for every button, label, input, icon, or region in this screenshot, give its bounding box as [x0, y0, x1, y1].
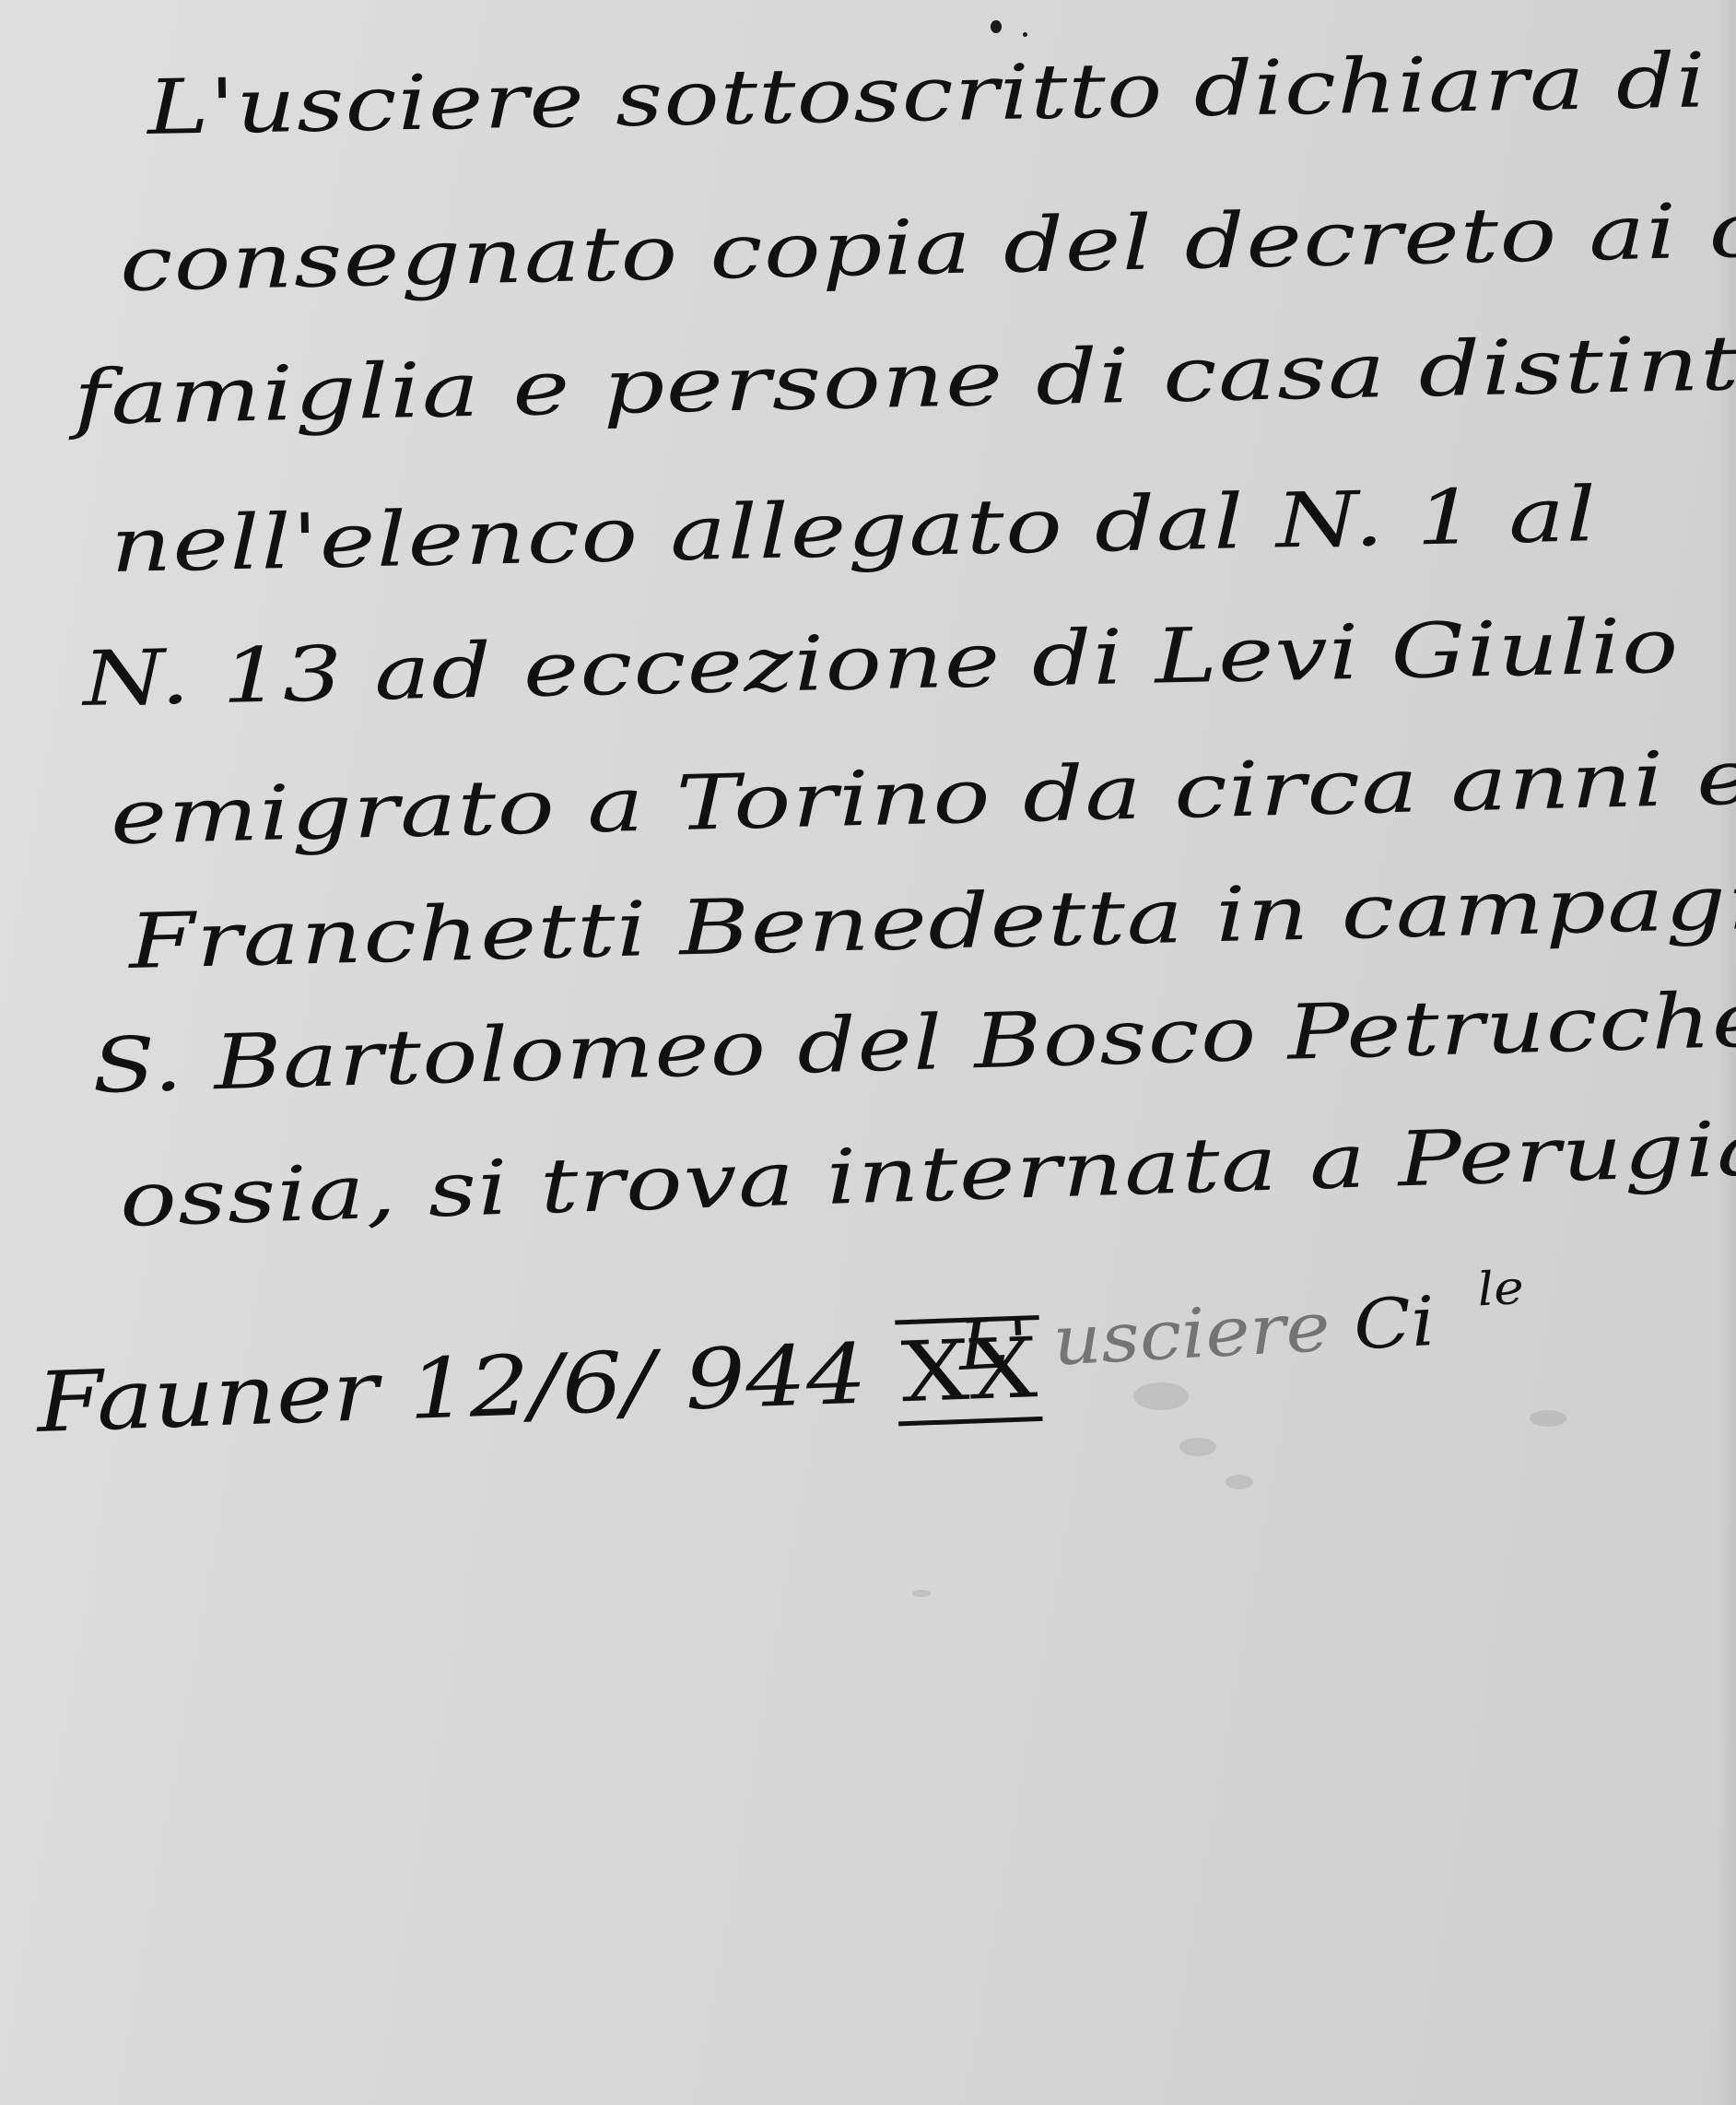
ink-blot	[991, 20, 1002, 33]
ink-smudge	[1530, 1410, 1566, 1427]
date-value: 12/6/	[406, 1334, 656, 1439]
text-line-6: emigrato a Torino da circa anni e	[110, 734, 1736, 862]
text-line-1: L'usciere sottoscritto dichiara di avere	[147, 32, 1736, 152]
signature-name: usciere	[1050, 1288, 1331, 1382]
signature-superscript: le	[1476, 1261, 1525, 1317]
text-line-7: Franchetti Benedetta in campagna a	[128, 854, 1736, 986]
signature: L' usciere Ci le	[956, 1261, 1527, 1386]
text-line-3: famiglia e persone di casa distinte	[73, 319, 1736, 442]
document-page: L'usciere sottoscritto dichiara di avere…	[0, 0, 1736, 2105]
ink-smudge	[1133, 1382, 1189, 1410]
text-line-5: N. 13 ad eccezione di Levi Giulio	[82, 603, 1680, 723]
ink-smudge	[1226, 1475, 1253, 1489]
text-line-8: S. Bartolomeo del Bosco Petrucchese	[91, 973, 1736, 1111]
ink-smudge	[912, 1590, 931, 1597]
text-line-9: ossia, si trova internata a Perugia.	[119, 1104, 1736, 1244]
signature-prefix: L'	[956, 1303, 1031, 1386]
date-year: 944	[683, 1326, 868, 1429]
text-line-4: nell'elenco allegato dal N. 1 al	[110, 471, 1598, 590]
date-line: Fauner 12/6/ 944 XX	[35, 1320, 1043, 1452]
signature-initial: Ci	[1352, 1282, 1437, 1366]
ink-blot	[1023, 32, 1027, 37]
ink-smudge	[1179, 1438, 1216, 1456]
text-line-2: consegnato copia del decreto ai capi	[119, 183, 1736, 309]
date-place: Fauner	[35, 1343, 380, 1452]
